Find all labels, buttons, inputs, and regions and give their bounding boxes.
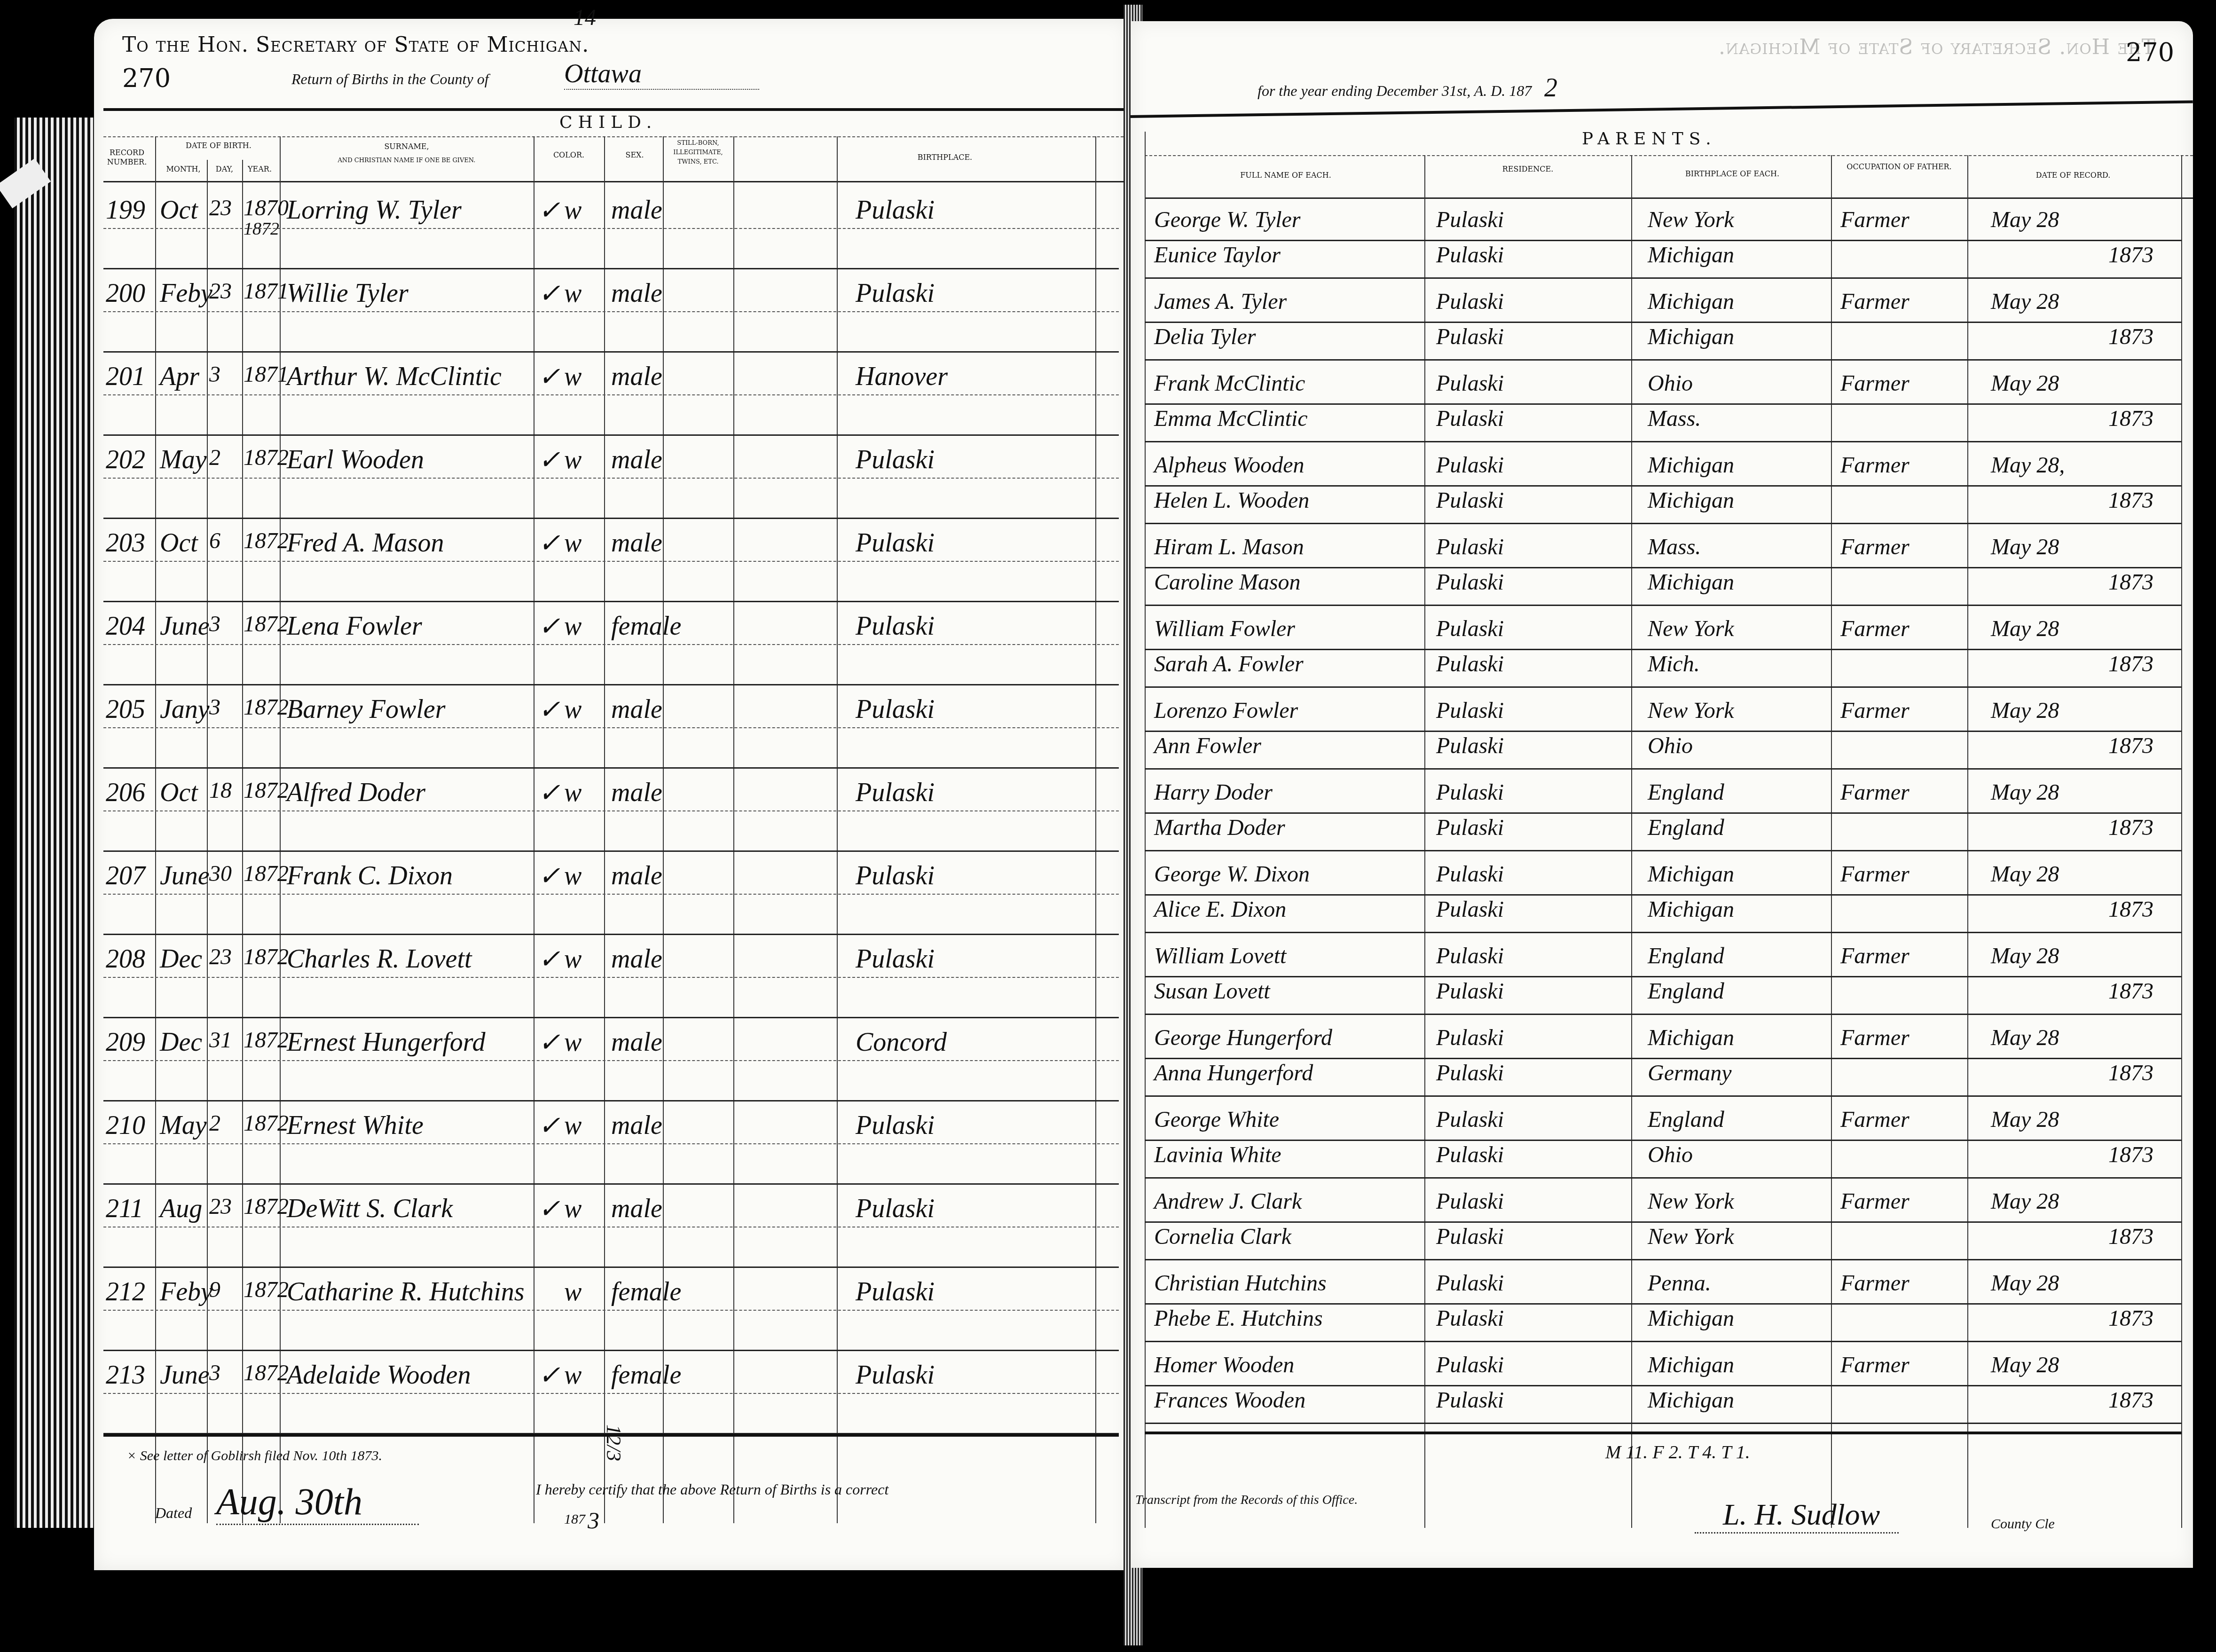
row-guide-rule <box>103 977 1119 978</box>
father-residence: Pulaski <box>1436 1025 1504 1051</box>
child-color: w <box>564 1277 582 1307</box>
child-sex: male <box>611 1110 662 1141</box>
record-year: 1873 <box>2108 651 2153 677</box>
record-number: 210 <box>106 1110 145 1141</box>
father-birthplace: England <box>1648 779 1724 805</box>
parent-record-row: Christian HutchinsPhebe E. HutchinsPulas… <box>1131 1266 2193 1347</box>
father-birthplace: New York <box>1648 207 1734 233</box>
father-name: Andrew J. Clark <box>1154 1188 1302 1214</box>
mother-residence: Pulaski <box>1436 488 1504 513</box>
father-birthplace: Mass. <box>1648 534 1701 560</box>
child-sex: male <box>611 778 662 808</box>
record-number: 213 <box>106 1360 145 1390</box>
parent-record-row: George W. TylerEunice TaylorPulaskiPulas… <box>1131 202 2193 284</box>
father-name: Frank McClintic <box>1154 370 1305 396</box>
child-birthplace: Pulaski <box>856 195 935 225</box>
child-sex: male <box>611 528 662 558</box>
record-number: 203 <box>106 528 145 558</box>
child-record-row: 201Apr31871Arthur W. McClintic✓wmaleHano… <box>94 352 1128 435</box>
child-record-row: 208Dec231872Charles R. Lovett✓wmalePulas… <box>94 935 1128 1018</box>
child-record-row: 204June31872Lena Fowler✓wfemalePulaski <box>94 602 1128 685</box>
mother-birthplace: England <box>1648 815 1724 841</box>
dated-value: Aug. 30th <box>216 1481 419 1525</box>
row-guide-rule <box>103 561 1119 562</box>
parent-record-row: Frank McClinticEmma McClinticPulaskiPula… <box>1131 366 2193 448</box>
col-surname-sub: and Christian name if one be given. <box>282 156 531 165</box>
child-name: Frank C. Dixon <box>287 861 453 891</box>
parent-record-row: James A. TylerDelia TylerPulaskiPulaskiM… <box>1131 284 2193 366</box>
mother-residence: Pulaski <box>1436 733 1504 759</box>
mother-birthplace: Mass. <box>1648 406 1701 432</box>
birth-month: June <box>160 1360 210 1390</box>
col-birthplace-each: Birthplace of each. <box>1634 169 1831 179</box>
child-name: Ernest White <box>287 1110 424 1141</box>
mother-name: Susan Lovett <box>1154 978 1270 1004</box>
row-guide-rule <box>103 1060 1119 1061</box>
father-residence: Pulaski <box>1436 698 1504 724</box>
father-residence: Pulaski <box>1436 779 1504 805</box>
mother-birthplace: Mich. <box>1648 651 1700 677</box>
birth-month: June <box>160 611 210 641</box>
child-birthplace: Pulaski <box>856 1194 935 1224</box>
child-color: w <box>564 445 582 475</box>
birth-month: May <box>160 1110 207 1141</box>
mother-birthplace: Michigan <box>1648 242 1734 268</box>
mother-residence: Pulaski <box>1436 324 1504 350</box>
parent-record-row: William FowlerSarah A. FowlerPulaskiPula… <box>1131 611 2193 693</box>
birth-day: 18 <box>209 778 232 803</box>
parent-record-row: William LovettSusan LovettPulaskiPulaski… <box>1131 938 2193 1020</box>
record-year: 1873 <box>2108 569 2153 595</box>
record-year: 1873 <box>2108 1387 2153 1413</box>
col-month: Month, <box>160 165 207 174</box>
father-residence: Pulaski <box>1436 452 1504 478</box>
record-date: May 28 <box>1991 943 2059 969</box>
father-name: George White <box>1154 1107 1279 1133</box>
mother-name: Helen L. Wooden <box>1154 488 1309 513</box>
child-record-row: 200Feby231871Willie Tyler✓wmalePulaski <box>94 269 1128 352</box>
record-date: May 28 <box>1991 698 2059 724</box>
child-record-row: 202May21872Earl Wooden✓wmalePulaski <box>94 435 1128 519</box>
child-sex: male <box>611 1027 662 1057</box>
row-mid-rule <box>1145 567 2181 568</box>
birth-month: Aug <box>160 1194 202 1224</box>
mother-birthplace: Michigan <box>1648 324 1734 350</box>
father-name: Harry Doder <box>1154 779 1273 805</box>
record-date: May 28 <box>1991 861 2059 887</box>
record-check: ✓ <box>538 944 560 975</box>
mother-residence: Pulaski <box>1436 815 1504 841</box>
child-name: Adelaide Wooden <box>287 1360 471 1390</box>
mother-name: Alice E. Dixon <box>1154 897 1286 922</box>
father-name: Christian Hutchins <box>1154 1270 1327 1296</box>
mother-name: Sarah A. Fowler <box>1154 651 1304 677</box>
header-stamp: 14 <box>574 5 596 31</box>
row-mid-rule <box>1145 240 2181 241</box>
child-color: w <box>564 1027 582 1057</box>
father-name: Homer Wooden <box>1154 1352 1294 1378</box>
record-check: ✓ <box>538 528 560 559</box>
father-residence: Pulaski <box>1436 616 1504 642</box>
birth-month: Oct <box>160 195 198 225</box>
birth-day: 3 <box>209 1360 220 1386</box>
parent-record-row: Hiram L. MasonCaroline MasonPulaskiPulas… <box>1131 529 2193 611</box>
birth-month: Apr <box>160 362 199 392</box>
header-rule <box>1131 100 2193 118</box>
birth-year: 1872 <box>244 778 289 803</box>
mother-birthplace: Ohio <box>1648 733 1693 759</box>
father-residence: Pulaski <box>1436 370 1504 396</box>
child-color: w <box>564 861 582 891</box>
year-ending-label: for the year ending December 31st, A. D.… <box>1257 82 1532 100</box>
child-color: w <box>564 528 582 558</box>
col-date-of-record: Date of Record. <box>1970 171 2177 180</box>
child-color: w <box>564 1110 582 1141</box>
row-rule <box>1145 523 2181 524</box>
parent-record-row: George HungerfordAnna HungerfordPulaskiP… <box>1131 1020 2193 1102</box>
child-sex: male <box>611 944 662 974</box>
col-stillborn: Still-born, Illegitimate, Twins, etc. <box>665 139 731 167</box>
father-occupation: Farmer <box>1840 698 1910 724</box>
child-birthplace: Hanover <box>856 362 948 392</box>
child-record-row: 213June31872Adelaide Wooden✓wfemalePulas… <box>94 1351 1128 1434</box>
birth-year: 1872 <box>244 1027 289 1053</box>
row-mid-rule <box>1145 812 2181 814</box>
col-color: Color. <box>536 150 602 160</box>
record-check: ✓ <box>538 362 560 392</box>
birth-month: Oct <box>160 528 198 558</box>
child-sex: male <box>611 445 662 475</box>
mother-residence: Pulaski <box>1436 651 1504 677</box>
child-record-row: 199Oct231870Lorring W. Tyler✓wmalePulask… <box>94 186 1128 269</box>
row-guide-rule <box>103 727 1119 728</box>
record-year: 1873 <box>2108 488 2153 513</box>
record-check: ✓ <box>538 445 560 475</box>
row-guide-rule <box>103 394 1119 395</box>
child-record-row: 209Dec311872Ernest Hungerford✓wmaleConco… <box>94 1018 1128 1101</box>
record-number: 205 <box>106 694 145 724</box>
left-page-number: 270 <box>122 63 171 93</box>
year-suffix: 3 <box>588 1507 599 1534</box>
year-ending-value: 2 <box>1544 73 1557 103</box>
child-color: w <box>564 694 582 724</box>
birth-month: Jany <box>160 694 210 724</box>
child-sex: male <box>611 861 662 891</box>
col-occupation: Occupation of Father. <box>1833 162 1965 172</box>
right-page-number: 270 <box>2126 38 2174 67</box>
record-year: 1873 <box>2108 897 2153 922</box>
col-birthplace: Birthplace. <box>827 153 1062 162</box>
child-record-row: 205Jany31872Barney Fowler✓wmalePulaski <box>94 685 1128 768</box>
parent-record-row: Andrew J. ClarkCornelia ClarkPulaskiPula… <box>1131 1184 2193 1266</box>
child-birthplace: Pulaski <box>856 1277 935 1307</box>
child-birthplace: Concord <box>856 1027 947 1057</box>
row-guide-rule <box>103 894 1119 895</box>
child-name: Earl Wooden <box>287 445 424 475</box>
record-check: ✓ <box>538 278 560 309</box>
record-check: ✓ <box>538 1194 560 1224</box>
record-number: 209 <box>106 1027 145 1057</box>
mother-birthplace: Michigan <box>1648 569 1734 595</box>
father-residence: Pulaski <box>1436 289 1504 315</box>
row-mid-rule <box>1145 731 2181 732</box>
row-rule <box>1145 686 2181 688</box>
record-check: ✓ <box>538 861 560 891</box>
col-year: Year. <box>242 165 277 174</box>
father-occupation: Farmer <box>1840 1352 1910 1378</box>
mother-name: Phebe E. Hutchins <box>1154 1306 1323 1331</box>
father-residence: Pulaski <box>1436 861 1504 887</box>
mother-residence: Pulaski <box>1436 1306 1504 1331</box>
mother-residence: Pulaski <box>1436 242 1504 268</box>
father-name: Hiram L. Mason <box>1154 534 1304 560</box>
row-rule <box>1145 441 2181 442</box>
mother-residence: Pulaski <box>1436 1387 1504 1413</box>
clerk-title: County Cle <box>1991 1516 2055 1532</box>
father-name: William Lovett <box>1154 943 1286 969</box>
father-occupation: Farmer <box>1840 1025 1910 1051</box>
row-mid-rule <box>1145 322 2181 323</box>
father-name: Alpheus Wooden <box>1154 452 1304 478</box>
parent-record-row: Harry DoderMartha DoderPulaskiPulaskiEng… <box>1131 775 2193 857</box>
record-year: 1873 <box>2108 815 2153 841</box>
mother-birthplace: England <box>1648 978 1724 1004</box>
child-birthplace: Pulaski <box>856 778 935 808</box>
record-year: 1873 <box>2108 1060 2153 1086</box>
child-name: Lorring W. Tyler <box>287 195 462 225</box>
parents-section-title: PARENTS. <box>1582 129 1717 149</box>
child-birthplace: Pulaski <box>856 278 935 308</box>
child-color: w <box>564 778 582 808</box>
mother-name: Emma McClintic <box>1154 406 1308 432</box>
col-day: Day, <box>207 165 242 174</box>
record-date: May 28 <box>1991 1025 2059 1051</box>
child-name: Barney Fowler <box>287 694 445 724</box>
child-sex: female <box>611 1277 681 1307</box>
child-sex: male <box>611 1194 662 1224</box>
record-date: May 28 <box>1991 534 2059 560</box>
record-date: May 28, <box>1991 452 2065 478</box>
row-mid-rule <box>1145 649 2181 650</box>
birth-day: 3 <box>209 694 220 720</box>
record-year: 1873 <box>2108 733 2153 759</box>
father-residence: Pulaski <box>1436 1107 1504 1133</box>
child-record-row: 203Oct61872Fred A. Mason✓wmalePulaski <box>94 519 1128 602</box>
child-name: Arthur W. McClintic <box>287 362 502 392</box>
row-mid-rule <box>1145 1303 2181 1305</box>
birth-year: 1872 <box>244 1194 289 1219</box>
child-section-title: CHILD. <box>559 113 657 132</box>
father-name: George W. Tyler <box>1154 207 1301 233</box>
mother-birthplace: Michigan <box>1648 1306 1734 1331</box>
row-mid-rule <box>1145 1221 2181 1223</box>
child-birthplace: Pulaski <box>856 611 935 641</box>
right-page-parents-register: The Hon. Secretary of State of Michigan.… <box>1131 21 2193 1568</box>
record-year: 1873 <box>2108 324 2153 350</box>
child-sex: male <box>611 278 662 308</box>
row-rule <box>1145 850 2181 851</box>
row-guide-rule <box>103 1227 1119 1227</box>
birth-year: 1870 <box>244 195 289 221</box>
left-page-child-register: 270 To the Hon. Secretary of State of Mi… <box>94 19 1128 1570</box>
column-header-top-rule <box>103 136 1128 137</box>
father-residence: Pulaski <box>1436 943 1504 969</box>
father-birthplace: England <box>1648 1107 1724 1133</box>
parent-record-row: Alpheus WoodenHelen L. WoodenPulaskiPula… <box>1131 448 2193 529</box>
book-page-edges <box>14 118 99 1528</box>
birth-year-correction: 1872 <box>244 219 279 239</box>
mother-residence: Pulaski <box>1436 569 1504 595</box>
birth-month: Dec <box>160 1027 202 1057</box>
birth-day: 31 <box>209 1027 232 1053</box>
column-header-bottom-rule <box>103 181 1128 182</box>
birth-month: Feby <box>160 1277 212 1307</box>
record-number: 211 <box>106 1194 143 1224</box>
father-occupation: Farmer <box>1840 1107 1910 1133</box>
birth-day: 3 <box>209 611 220 637</box>
record-number: 200 <box>106 278 145 308</box>
return-label: Return of Births in the County of <box>291 71 489 88</box>
record-number: 204 <box>106 611 145 641</box>
record-year: 1873 <box>2108 406 2153 432</box>
father-occupation: Farmer <box>1840 289 1910 315</box>
dated-label: Dated <box>155 1504 192 1522</box>
father-occupation: Farmer <box>1840 1270 1910 1296</box>
row-rule <box>1145 1014 2181 1015</box>
birth-year: 1872 <box>244 528 289 554</box>
father-name: James A. Tyler <box>1154 289 1287 315</box>
birth-day: 2 <box>209 445 220 471</box>
child-sex: male <box>611 362 662 392</box>
record-date: May 28 <box>1991 289 2059 315</box>
father-name: George Hungerford <box>1154 1025 1332 1051</box>
row-mid-rule <box>1145 894 2181 896</box>
record-year: 1873 <box>2108 1224 2153 1250</box>
child-name: Willie Tyler <box>287 278 409 308</box>
row-guide-rule <box>103 478 1119 479</box>
row-guide-rule <box>103 1393 1119 1394</box>
mother-residence: Pulaski <box>1436 978 1504 1004</box>
birth-year: 1871 <box>244 362 289 387</box>
birth-day: 9 <box>209 1277 220 1303</box>
father-residence: Pulaski <box>1436 207 1504 233</box>
father-name: George W. Dixon <box>1154 861 1310 887</box>
child-color: w <box>564 1360 582 1390</box>
child-birthplace: Pulaski <box>856 528 935 558</box>
father-name: William Fowler <box>1154 616 1295 642</box>
mother-birthplace: Ohio <box>1648 1142 1693 1168</box>
header-rule <box>103 108 1128 111</box>
child-sex: female <box>611 1360 681 1390</box>
row-guide-rule <box>103 1310 1119 1311</box>
birth-day: 23 <box>209 195 232 221</box>
record-number: 201 <box>106 362 145 392</box>
column-header-top-rule <box>1145 155 2193 156</box>
row-guide-rule <box>103 810 1119 811</box>
mother-residence: Pulaski <box>1436 1142 1504 1168</box>
row-mid-rule <box>1145 1385 2181 1386</box>
record-date: May 28 <box>1991 1352 2059 1378</box>
mother-residence: Pulaski <box>1436 406 1504 432</box>
record-check: ✓ <box>538 1360 560 1391</box>
record-check: ✓ <box>538 1027 560 1058</box>
child-name: Fred A. Mason <box>287 528 444 558</box>
record-date: May 28 <box>1991 1107 2059 1133</box>
birth-month: Oct <box>160 778 198 808</box>
birth-year: 1872 <box>244 944 289 970</box>
child-birthplace: Pulaski <box>856 1110 935 1141</box>
mother-name: Caroline Mason <box>1154 569 1301 595</box>
parent-record-row: Homer WoodenFrances WoodenPulaskiPulaski… <box>1131 1347 2193 1429</box>
father-residence: Pulaski <box>1436 1270 1504 1296</box>
father-occupation: Farmer <box>1840 779 1910 805</box>
father-occupation: Farmer <box>1840 534 1910 560</box>
bleed-through-header: The Hon. Secretary of State of Michigan. <box>1718 35 2155 59</box>
margin-mark: 12/3 <box>602 1424 626 1461</box>
parent-record-row: George WhiteLavinia WhitePulaskiPulaskiE… <box>1131 1102 2193 1184</box>
birth-month: June <box>160 861 210 891</box>
record-check: ✓ <box>538 611 560 642</box>
row-guide-rule <box>103 228 1119 229</box>
birth-month: Feby <box>160 278 212 308</box>
birth-day: 2 <box>209 1110 220 1136</box>
child-color: w <box>564 944 582 974</box>
mother-birthplace: Michigan <box>1648 1387 1734 1413</box>
mother-residence: Pulaski <box>1436 1060 1504 1086</box>
row-rule <box>1145 1423 2181 1424</box>
mother-name: Delia Tyler <box>1154 324 1256 350</box>
col-record-number: Record Number. <box>103 148 150 167</box>
father-occupation: Farmer <box>1840 616 1910 642</box>
parent-record-row: Lorenzo FowlerAnn FowlerPulaskiPulaskiNe… <box>1131 693 2193 775</box>
father-birthplace: Michigan <box>1648 1352 1734 1378</box>
child-name: DeWitt S. Clark <box>287 1194 453 1224</box>
child-color: w <box>564 611 582 641</box>
county-field: Ottawa <box>564 59 759 90</box>
child-color: w <box>564 1194 582 1224</box>
row-guide-rule <box>103 1143 1119 1144</box>
row-rule <box>1145 359 2181 361</box>
birth-day: 6 <box>209 528 220 554</box>
record-number: 202 <box>106 445 145 475</box>
mother-name: Anna Hungerford <box>1154 1060 1313 1086</box>
birth-month: Dec <box>160 944 202 974</box>
record-check: ✓ <box>538 778 560 808</box>
row-mid-rule <box>1145 976 2181 977</box>
birth-year: 1872 <box>244 861 289 887</box>
child-color: w <box>564 278 582 308</box>
birth-day: 23 <box>209 944 232 970</box>
row-mid-rule <box>1145 1140 2181 1141</box>
father-birthplace: Ohio <box>1648 370 1693 396</box>
father-occupation: Farmer <box>1840 1188 1910 1214</box>
certify-text: I hereby certify that the above Return o… <box>536 1481 888 1498</box>
mother-name: Frances Wooden <box>1154 1387 1305 1413</box>
record-number: 208 <box>106 944 145 974</box>
father-residence: Pulaski <box>1436 534 1504 560</box>
col-residence: Residence. <box>1427 165 1629 174</box>
child-name: Alfred Doder <box>287 778 425 808</box>
father-residence: Pulaski <box>1436 1188 1504 1214</box>
mother-name: Lavinia White <box>1154 1142 1281 1168</box>
record-number: 206 <box>106 778 145 808</box>
father-occupation: Farmer <box>1840 207 1910 233</box>
row-rule <box>1145 277 2181 279</box>
record-date: May 28 <box>1991 616 2059 642</box>
father-occupation: Farmer <box>1840 370 1910 396</box>
child-name: Ernest Hungerford <box>287 1027 486 1057</box>
father-occupation: Farmer <box>1840 452 1910 478</box>
